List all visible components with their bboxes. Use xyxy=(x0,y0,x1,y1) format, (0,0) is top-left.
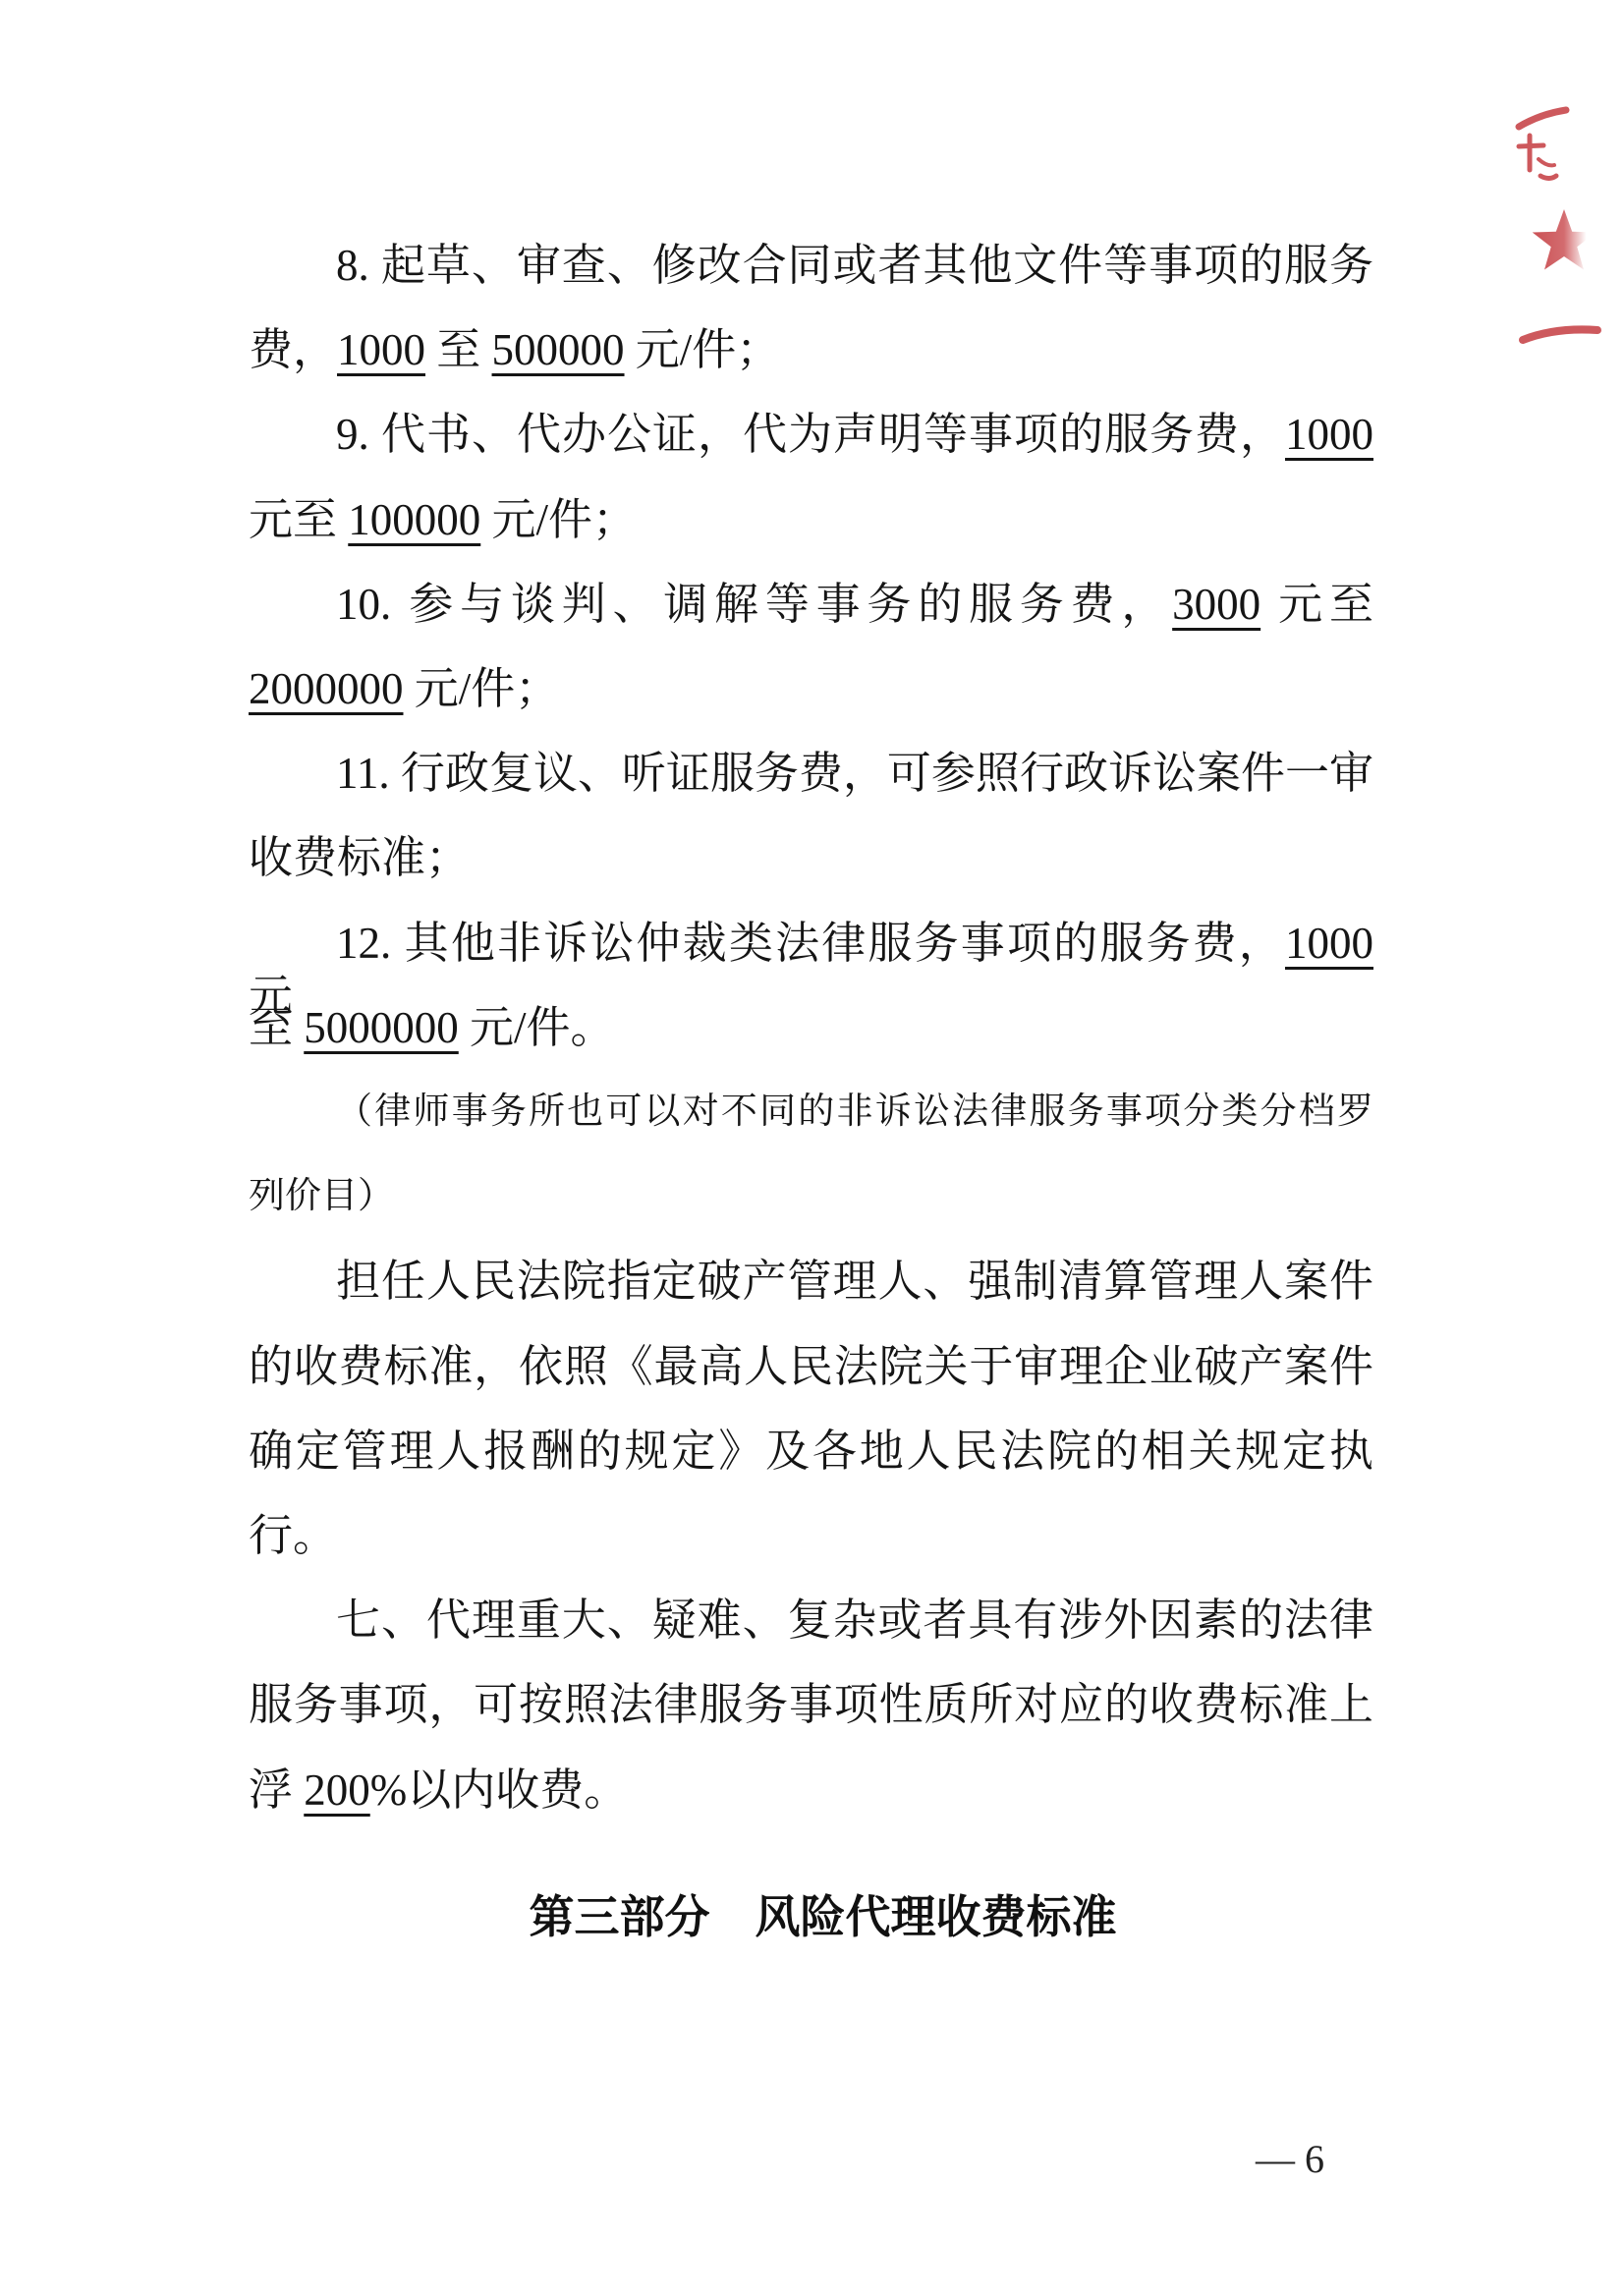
text-segment: %以内收费。 xyxy=(370,1765,629,1815)
text-line: 服务事项，可按照法律服务事项性质所对应的收费标准上 xyxy=(249,1678,1373,1731)
text-segment: 元/件； xyxy=(404,664,560,713)
underlined-value: 3000 xyxy=(1172,580,1260,629)
text-segment: 确定管理人报酬的规定》及各地人民法院的相关规定执 xyxy=(249,1427,1373,1476)
text-segment: 服务事项，可按照法律服务事项性质所对应的收费标准上 xyxy=(249,1680,1373,1729)
underlined-value: 1000 xyxy=(1285,919,1373,968)
text-segment: 10. 参与谈判、调解等事务的服务费， xyxy=(336,580,1172,629)
text-line: 收费标准； xyxy=(249,831,1373,884)
text-line: （律师事务所也可以对不同的非诉讼法律服务事项分类分档罗 xyxy=(249,1086,1373,1139)
text-line: 9. 代书、代办公证，代为声明等事项的服务费，1000 xyxy=(249,408,1373,461)
page-number: — 6 xyxy=(1256,2138,1324,2181)
text-segment: 12. 其他非诉讼仲裁类法律服务事项的服务费， xyxy=(336,919,1285,968)
text-line: 元至 100000 元/件； xyxy=(249,493,1373,546)
underlined-value: 1000 xyxy=(1285,410,1373,459)
text-line: 10. 参与谈判、调解等事务的服务费，3000 元至 xyxy=(249,578,1373,631)
underlined-value: 200 xyxy=(304,1765,370,1815)
text-segment: 费， xyxy=(249,325,337,374)
text-line: 11. 行政复议、听证服务费，可参照行政诉讼案件一审 xyxy=(249,747,1373,800)
text-segment: 元/件； xyxy=(625,325,781,374)
underlined-value: 1000 xyxy=(337,325,425,374)
section-heading: 第三部分 风险代理收费标准 xyxy=(249,1892,1373,1941)
text-segment: 元/件； xyxy=(480,495,637,544)
text-segment: 9. 代书、代办公证，代为声明等事项的服务费， xyxy=(336,410,1285,459)
document-page: 8. 起草、审查、修改合同或者其他文件等事项的服务费，1000 至 500000… xyxy=(0,0,1624,2296)
text-segment: 的收费标准，依照《最高人民法院关于审理企业破产案件 xyxy=(249,1342,1373,1391)
text-segment: 收费标准； xyxy=(249,833,470,882)
text-line: 行。 xyxy=(249,1509,1373,1562)
text-line: 费，1000 至 500000 元/件； xyxy=(249,323,1373,376)
text-segment: 至 xyxy=(249,1003,304,1052)
text-segment: （律师事务所也可以对不同的非诉讼法律服务事项分类分档罗 xyxy=(336,1092,1373,1132)
text-line: 七、代理重大、疑难、复杂或者具有涉外因素的法律 xyxy=(249,1594,1373,1647)
text-segment: 行。 xyxy=(249,1511,337,1560)
text-line: 浮 200%以内收费。 xyxy=(249,1764,1373,1817)
text-segment: 元至 xyxy=(1260,580,1373,629)
text-line: 2000000 元/件； xyxy=(249,662,1373,715)
text-line: 的收费标准，依照《最高人民法院关于审理企业破产案件 xyxy=(249,1340,1373,1393)
underlined-value: 500000 xyxy=(492,325,625,374)
seal-star xyxy=(1533,209,1596,270)
text-segment: 列价目） xyxy=(249,1176,394,1216)
text-segment: 至 xyxy=(425,325,492,374)
underlined-value: 2000000 xyxy=(249,664,404,713)
text-line: 列价目） xyxy=(249,1170,1373,1223)
underlined-value: 5000000 xyxy=(304,1003,459,1052)
text-segment: 浮 xyxy=(249,1765,304,1815)
text-segment: 11. 行政复议、听证服务费，可参照行政诉讼案件一审 xyxy=(336,749,1373,798)
text-line: 担任人民法院指定破产管理人、强制清算管理人案件 xyxy=(249,1255,1373,1308)
text-line: 8. 起草、审查、修改合同或者其他文件等事项的服务 xyxy=(249,239,1373,292)
text-line: 至 5000000 元/件。 xyxy=(249,1001,1373,1054)
text-segment: 七、代理重大、疑难、复杂或者具有涉外因素的法律 xyxy=(336,1596,1373,1645)
text-segment: 8. 起草、审查、修改合同或者其他文件等事项的服务 xyxy=(336,241,1373,290)
red-seal-stamp-icon xyxy=(1511,71,1624,356)
text-line: 确定管理人报酬的规定》及各地人民法院的相关规定执 xyxy=(249,1425,1373,1478)
text-segment: 担任人民法院指定破产管理人、强制清算管理人案件 xyxy=(336,1257,1373,1306)
text-segment: 元/件。 xyxy=(459,1003,615,1052)
text-segment: 元至 xyxy=(249,495,348,544)
underlined-value: 100000 xyxy=(348,495,480,544)
